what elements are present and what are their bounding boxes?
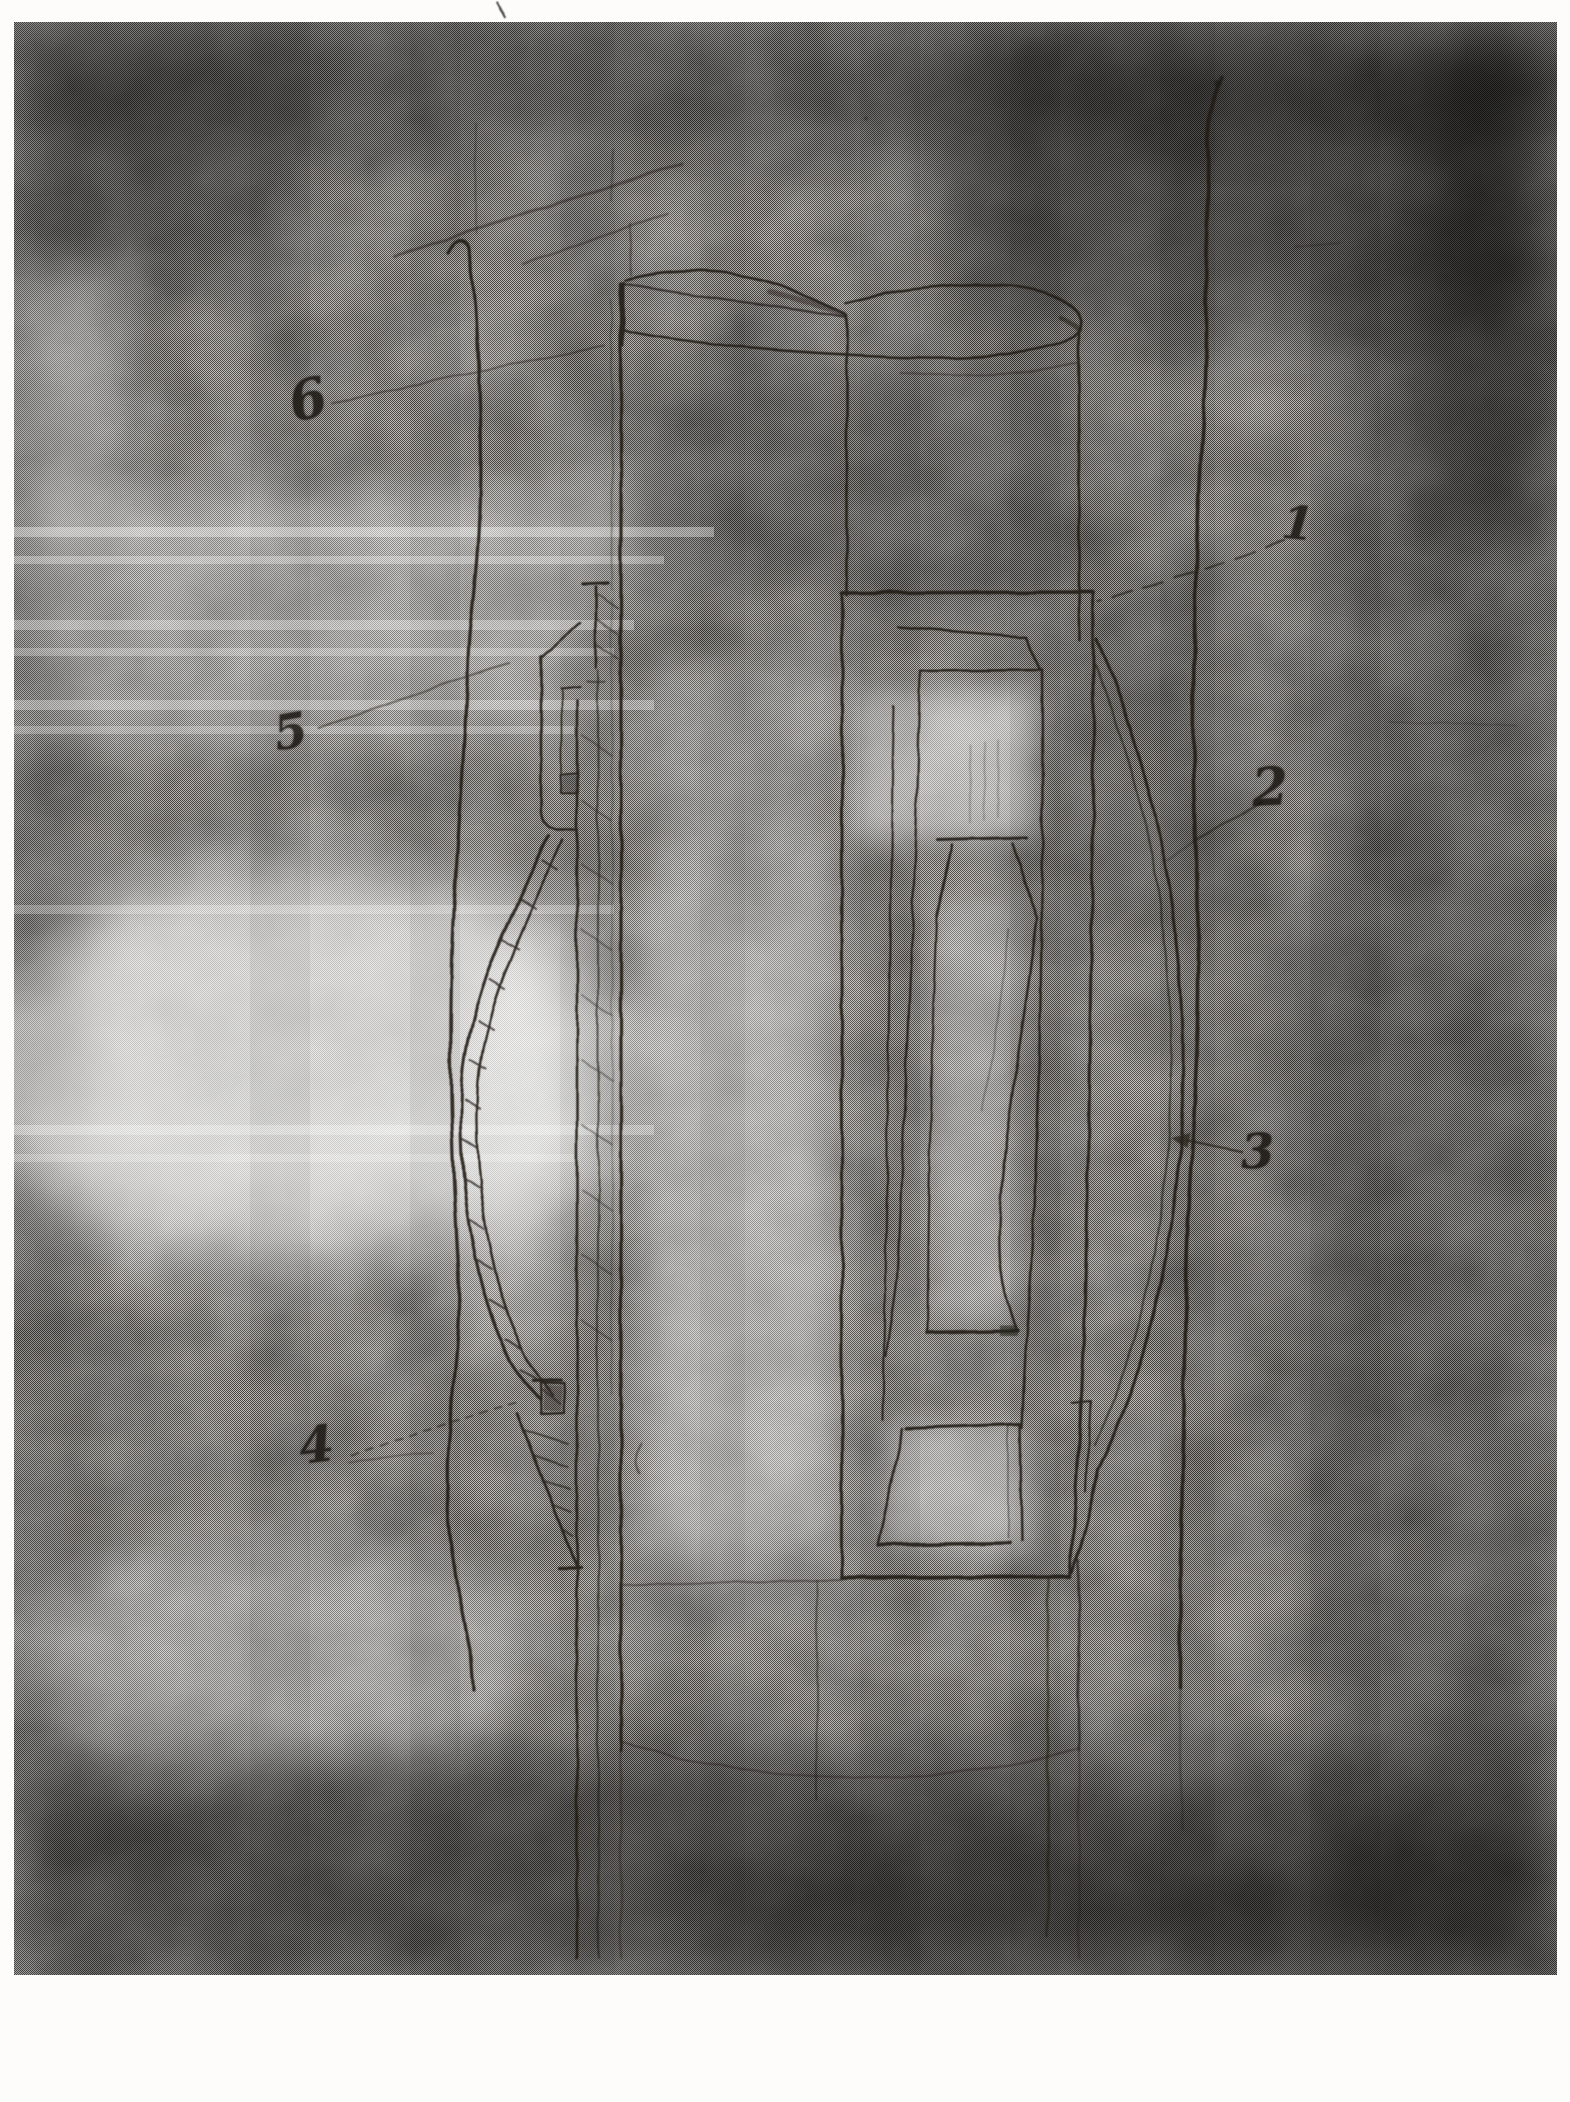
ref-label-4: 4 [296, 1418, 337, 1472]
patent-figure [0, 0, 1570, 2102]
ref-label-2: 2 [1251, 761, 1290, 815]
scanned-page: 1 2 3 4 5 6 [0, 0, 1570, 2102]
ref-label-3: 3 [1240, 1127, 1275, 1176]
ref-label-1: 1 [1280, 499, 1316, 548]
